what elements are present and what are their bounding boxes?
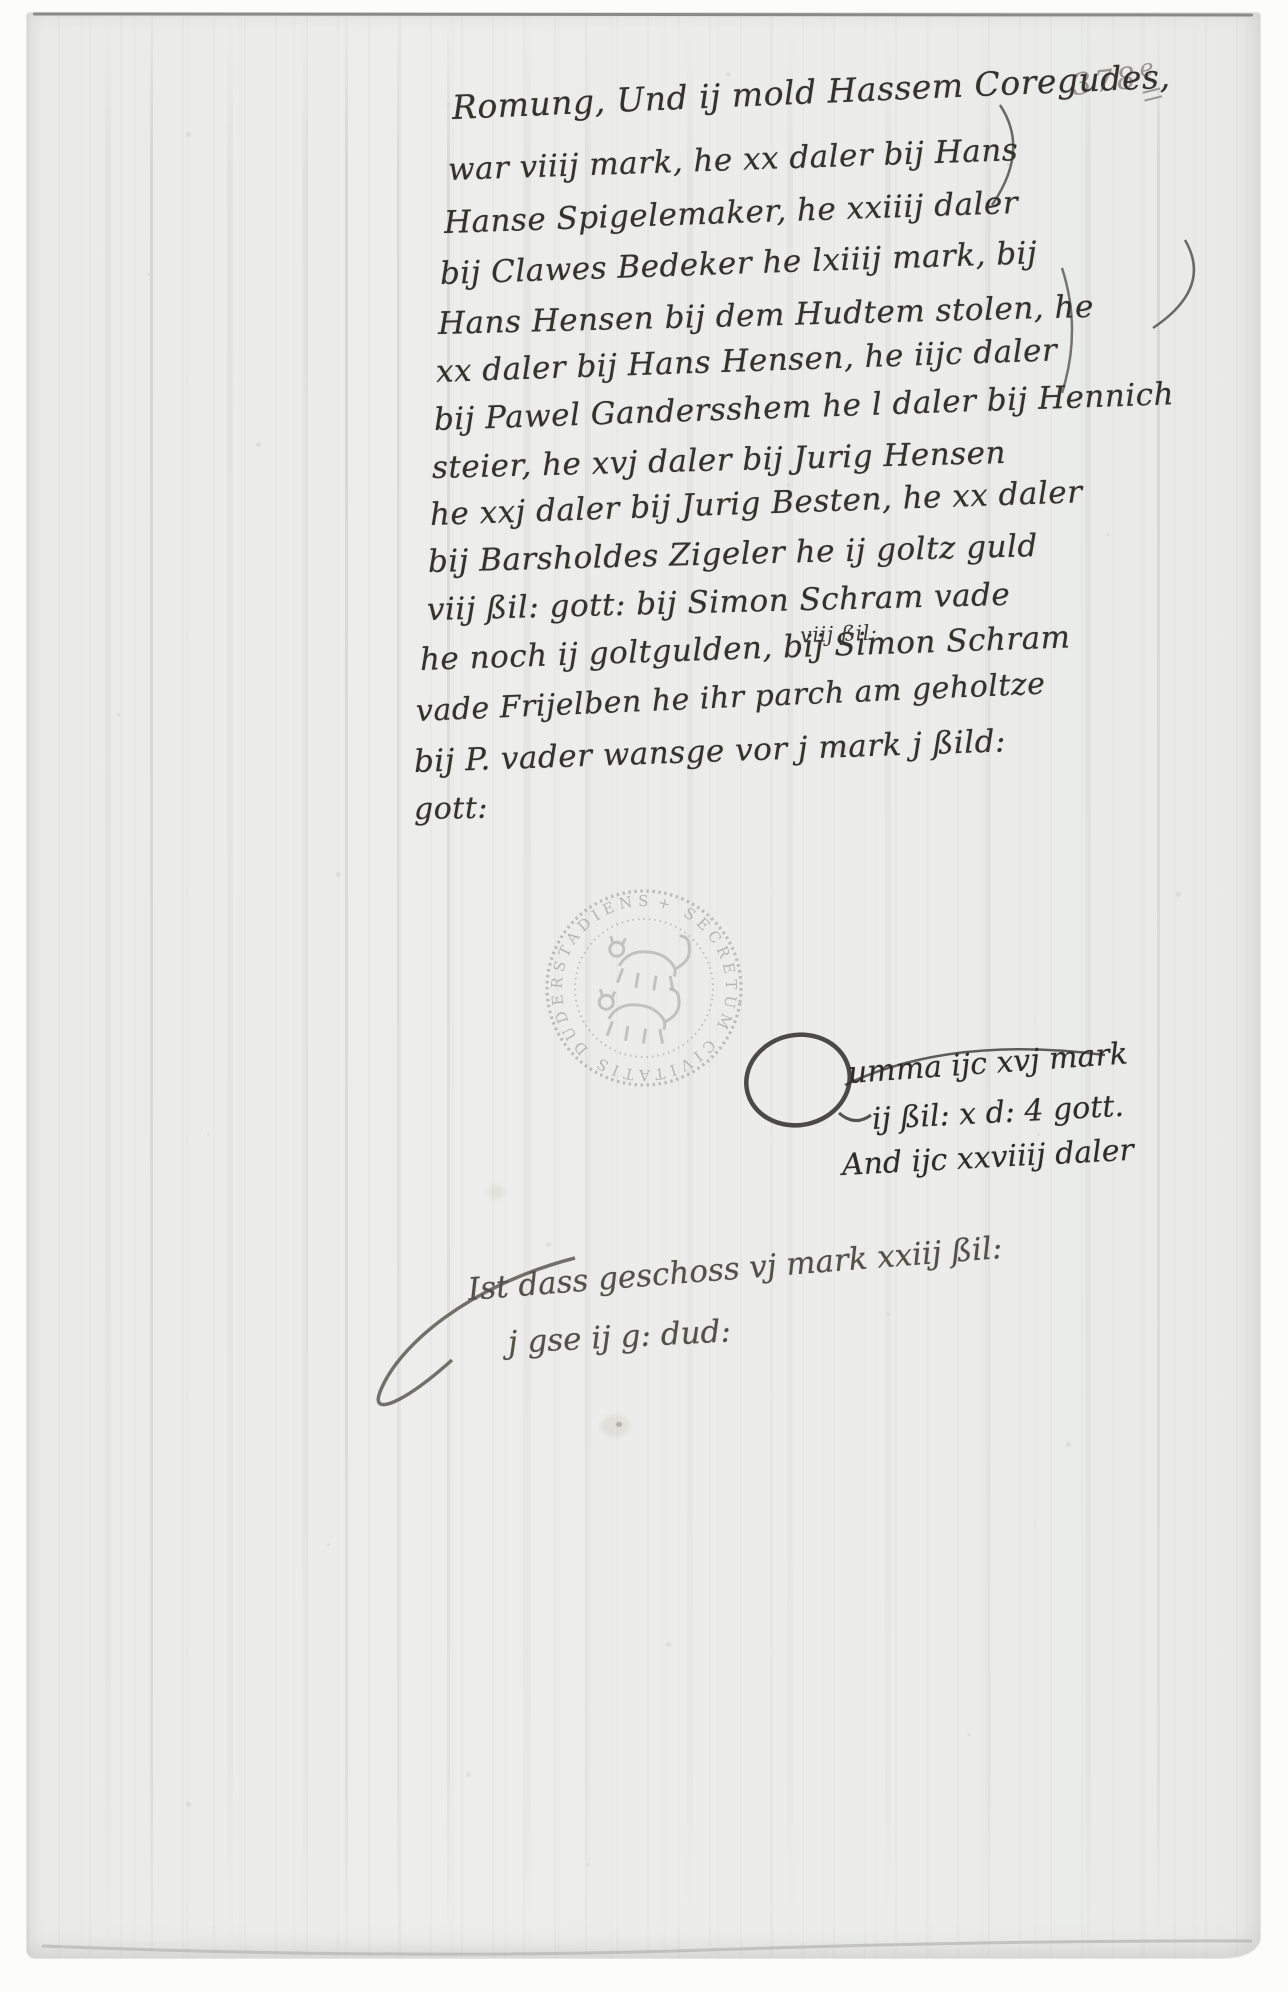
paper-crease [227,13,233,1958]
manuscript-line: bij Barsholdes Zigeler he ij goltz guld [428,528,1039,580]
seal-outer-ring [538,882,750,1094]
scan-background: { "page": { "kind": "archival manuscript… [0,0,1288,1992]
lion-emblem-bottom [593,978,681,1048]
paper-top-edge [33,12,1253,16]
svg-text:+ SECRETUM CIVITATIS DUDERSTAD: + SECRETUM CIVITATIS DUDERSTADIENSIS [538,882,750,1094]
footer-line: j gse ij g: dud: [507,1313,732,1361]
paper-crease [1157,13,1160,1958]
paper-speckles [27,13,30,16]
footer-line: Ist dass geschoss vj mark xxiij ßil: [467,1230,1004,1308]
summa-initial-tail [839,1113,871,1121]
paper-crease [345,13,348,1958]
paper-crease [105,13,111,1958]
line4-descender-flourish [1062,268,1072,393]
lion-emblem-top [603,925,691,995]
paper-crease [150,13,153,1958]
manuscript-line: gott: [414,791,489,827]
seal-legend: + SECRETUM CIVITATIS DUDERSTADIENSIS [538,882,750,1094]
paper-stain [600,1415,630,1437]
manuscript-line: vade Frijelben he ihr parch am geholtze [415,667,1046,729]
paper-stain [616,1422,622,1427]
manuscript-line: steier, he xvj daler bij Jurig Hensen [432,435,1007,486]
manuscript-line: bij P. vader wansge vor j mark j ßild: [413,723,1006,780]
paper-stain [488,1185,504,1199]
paper-bottom-edge [42,1941,1252,1954]
manuscript-line: Romung, Und ij mold Hassem Coregudes, [451,57,1171,127]
paper-crease [397,13,399,1958]
paper-crease [302,13,308,1958]
manuscript-line: war viiij mark, he xx daler bij Hans [447,132,1018,188]
summa-initial-flourish [738,1025,858,1135]
paper-sheet: 378e Romung, Und ij mold Hassem Coregude… [27,13,1260,1958]
interline-insertion: viij ßil: [800,621,878,648]
city-seal: + SECRETUM CIVITATIS DUDERSTADIENSIS [538,882,750,1094]
manuscript-line: viij ßil: gott: bij Simon Schram vade [427,577,1011,628]
